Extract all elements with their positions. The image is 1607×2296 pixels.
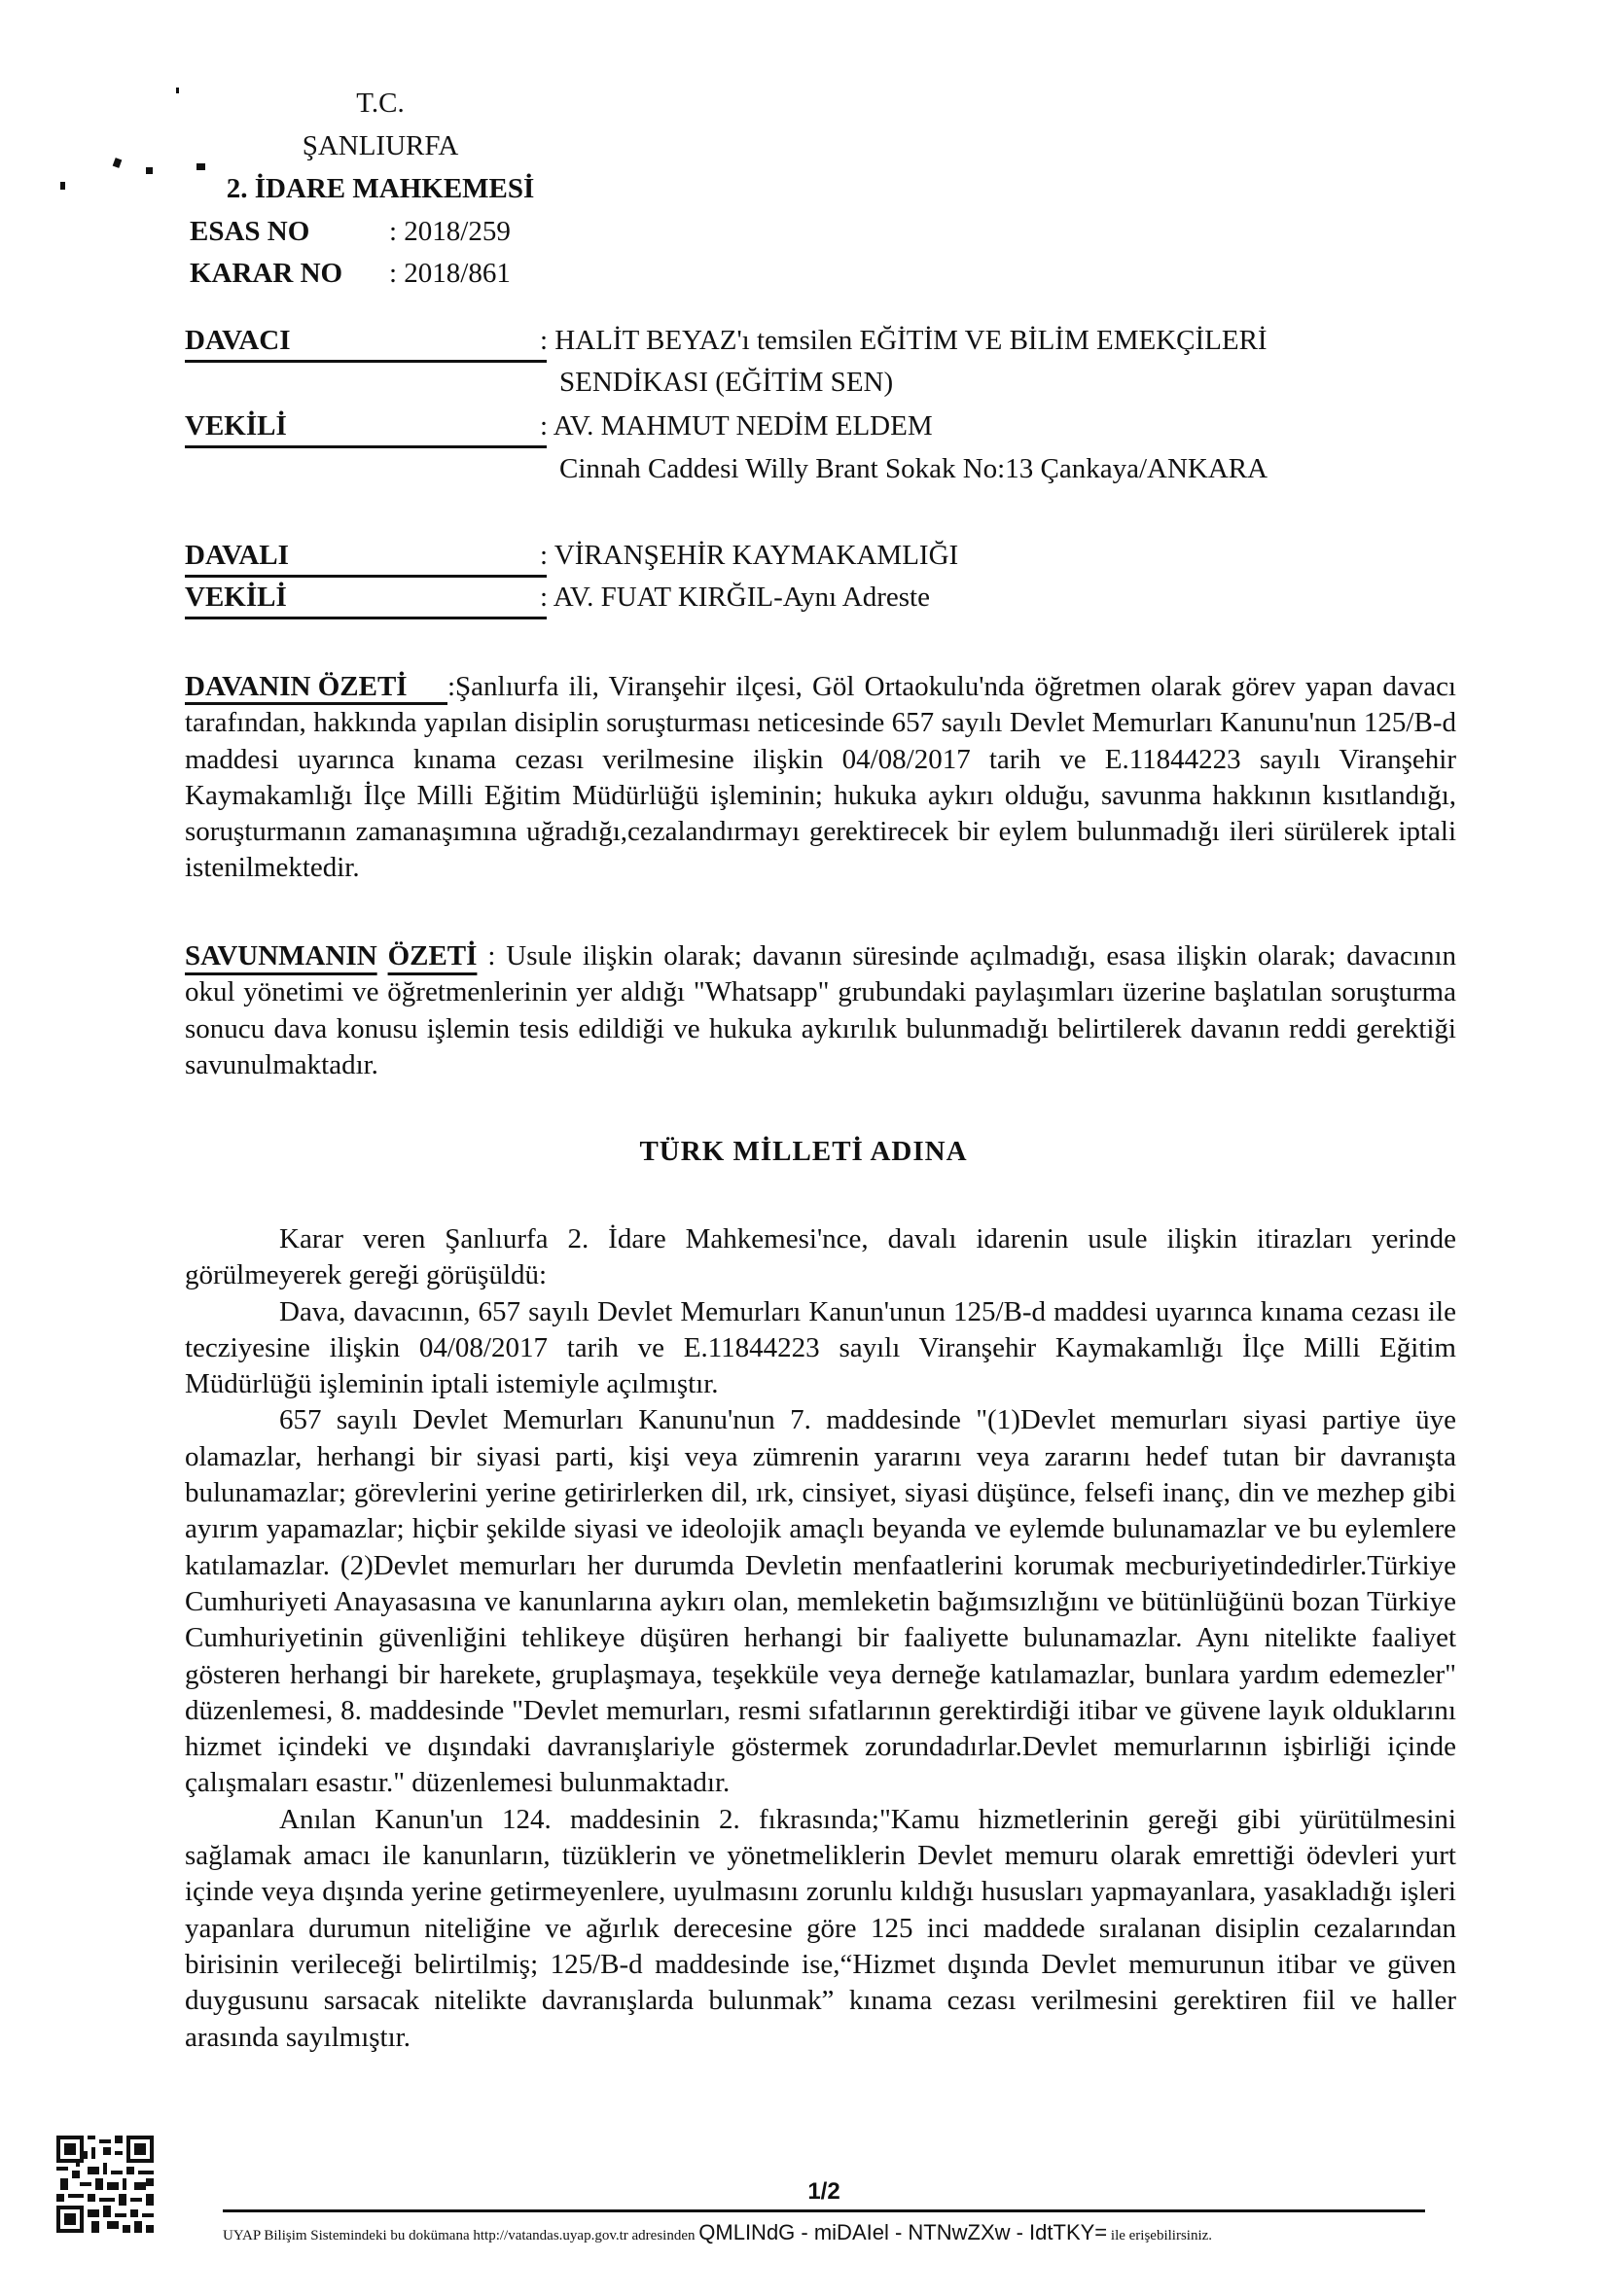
decision-title: TÜRK MİLLETİ ADINA xyxy=(0,1136,1607,1168)
footer-text-after: ile erişebilirsiniz. xyxy=(1111,2228,1212,2243)
savunmanin-ozeti-label-1: SAVUNMANIN xyxy=(185,940,377,971)
davali-label: DAVALI xyxy=(185,538,547,578)
qr-code-icon xyxy=(56,2136,154,2233)
karar-no-value: : 2018/861 xyxy=(389,256,511,291)
davali-vekili-value: : AV. FUAT KIRĞIL-Aynı Adreste xyxy=(540,579,930,616)
savunmanin-ozeti-label-2: ÖZETİ xyxy=(388,940,478,971)
decision-body: Karar veren Şanlıurfa 2. İdare Mahkemesi… xyxy=(185,1221,1456,2056)
paragraph: Dava, davacının, 657 sayılı Devlet Memur… xyxy=(185,1294,1456,1403)
davaci-value: : HALİT BEYAZ'ı temsilen EĞİTİM VE BİLİM… xyxy=(540,322,1268,359)
paragraph: 657 sayılı Devlet Memurları Kanunu'nun 7… xyxy=(185,1402,1456,1801)
page-number: 1/2 xyxy=(775,2178,873,2206)
header-state: T.C. xyxy=(190,86,571,121)
paragraph: Karar veren Şanlıurfa 2. İdare Mahkemesi… xyxy=(185,1221,1456,1294)
davaci-label: DAVACI xyxy=(185,323,547,363)
davaci-vekili-value: : AV. MAHMUT NEDİM ELDEM xyxy=(540,407,933,444)
header-city: ŞANLIURFA xyxy=(190,128,571,163)
header-court: 2. İDARE MAHKEMESİ xyxy=(190,171,571,206)
davaci-value-cont: SENDİKASI (EĞİTİM SEN) xyxy=(559,364,893,401)
footer-text-before: UYAP Bilişim Sistemindeki bu dokümana ht… xyxy=(223,2228,696,2243)
esas-no-label: ESAS NO xyxy=(190,214,389,249)
davali-vekili-label: VEKİLİ xyxy=(185,580,547,619)
davaci-vekili-address: Cinnah Caddesi Willy Brant Sokak No:13 Ç… xyxy=(559,450,1268,487)
davali-value: : VİRANŞEHİR KAYMAKAMLIĞI xyxy=(540,537,958,574)
davanin-ozeti-section: DAVANIN ÖZETİ:Şanlıurfa ili, Viranşehir … xyxy=(185,669,1456,887)
davanin-ozeti-label: DAVANIN ÖZETİ xyxy=(185,671,447,705)
footer-divider xyxy=(223,2209,1425,2212)
paragraph: Anılan Kanun'un 124. maddesinin 2. fıkra… xyxy=(185,1802,1456,2056)
esas-no-value: : 2018/259 xyxy=(389,214,511,249)
savunmanin-ozeti-section: SAVUNMANIN ÖZETİ : Usule ilişkin olarak;… xyxy=(185,938,1456,1083)
footer-verification: UYAP Bilişim Sistemindeki bu dokümana ht… xyxy=(223,2220,1425,2248)
karar-no-label: KARAR NO xyxy=(190,256,389,291)
verification-code: QMLINdG - miDAIel - NTNwZXw - IdtTKY= xyxy=(698,2220,1107,2244)
davaci-vekili-label: VEKİLİ xyxy=(185,408,547,448)
